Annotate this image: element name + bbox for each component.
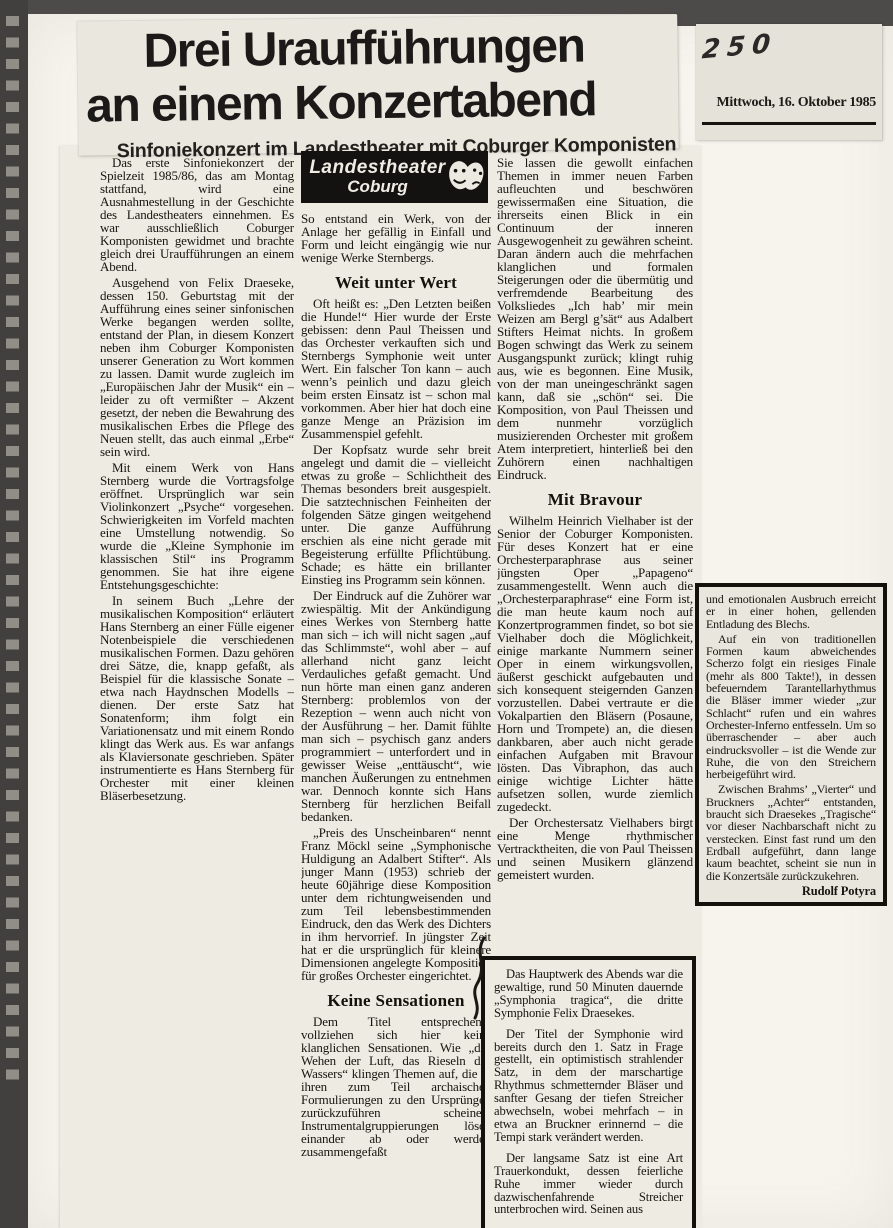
logo-text: Landestheater Coburg: [309, 158, 446, 196]
paragraph: Sie lassen die gewollt einfachen Themen …: [497, 156, 693, 481]
section-heading-weit-unter-wert: Weit unter Wert: [301, 273, 491, 292]
paragraph: So entstand ein Werk, von der Anlage her…: [301, 212, 491, 264]
article-title: Drei Uraufführungen an einem Konzertaben…: [77, 18, 678, 133]
boxed-article-symphonia-tragica: Das Hauptwerk des Abends war die gewalti…: [481, 956, 696, 1228]
paragraph: Der Orchestersatz Vielhabers birgt eine …: [497, 816, 693, 881]
boxed-article-finale: und emotionalen Ausbruch erreicht er in …: [695, 583, 887, 906]
paragraph: Auf ein von traditionellen Formen kaum a…: [706, 633, 876, 781]
paragraph: Ausgehend von Felix Draeseke, dessen 150…: [100, 276, 294, 458]
theater-masks-icon: [446, 157, 486, 197]
sprocket-holes: [6, 16, 19, 1086]
paragraph: Mit einem Werk von Hans Sternberg wurde …: [100, 461, 294, 591]
paragraph: Dem Titel entsprechend, vollziehen sich …: [301, 1015, 491, 1158]
paragraph: Der Eindruck auf die Zuhörer war zwiespä…: [301, 589, 491, 823]
column-2: So entstand ein Werk, von der Anlage her…: [301, 212, 491, 1228]
date-underline: [702, 122, 876, 125]
article-title-line1: Drei Uraufführungen: [143, 18, 678, 78]
section-heading-mit-bravour: Mit Bravour: [497, 490, 693, 509]
paragraph: Der Titel der Symphonie wird bereits dur…: [494, 1028, 683, 1144]
column-1: Das erste Sinfoniekonzert der Spielzeit …: [100, 156, 294, 874]
paragraph: Der Kopfsatz wurde sehr breit angelegt u…: [301, 443, 491, 586]
pen-mark: [464, 936, 492, 1020]
headline-clipping: Drei Uraufführungen an einem Konzertaben…: [77, 14, 679, 155]
article-title-line2: an einem Konzertabend: [86, 71, 679, 133]
paragraph: Oft heißt es: „Den Letzten beißen die Hu…: [301, 297, 491, 440]
scanner-bed-corner: [676, 0, 893, 26]
paragraph: Das Hauptwerk des Abends war die gewalti…: [494, 968, 683, 1020]
landestheater-coburg-logo: Landestheater Coburg: [301, 151, 488, 203]
paragraph: Das erste Sinfoniekonzert der Spielzeit …: [100, 156, 294, 273]
author-byline: Rudolf Potyra: [706, 885, 876, 897]
paragraph: Zwischen Brahms’ „Vierter“ und Bruckners…: [706, 783, 876, 881]
paragraph: Der langsame Satz ist eine Art Trauerkon…: [494, 1152, 683, 1217]
section-heading-keine-sensationen: Keine Sensationen: [301, 991, 491, 1010]
scanned-newspaper-page: Drei Uraufführungen an einem Konzertaben…: [0, 0, 893, 1228]
logo-line1: Landestheater: [309, 158, 446, 178]
publication-date: Mittwoch, 16. Oktober 1985: [708, 95, 876, 111]
paragraph: „Preis des Unscheinbaren“ nennt Franz Mö…: [301, 826, 491, 982]
column-3: Sie lassen die gewollt einfachen Themen …: [497, 156, 693, 962]
logo-line2: Coburg: [309, 178, 446, 196]
paragraph: und emotionalen Ausbruch erreicht er in …: [706, 593, 876, 630]
paragraph: Wilhelm Heinrich Vielhaber ist der Senio…: [497, 514, 693, 813]
paragraph: In seinem Buch „Lehre der musikalischen …: [100, 594, 294, 802]
